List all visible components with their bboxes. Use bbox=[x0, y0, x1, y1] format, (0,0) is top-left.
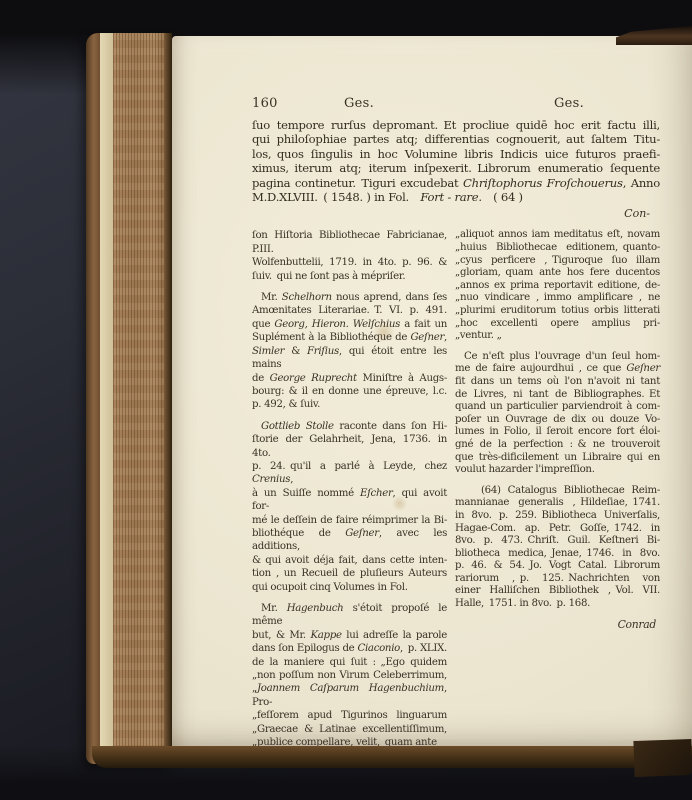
text-line: Hagae-Com. ap. Petr. Goſſe, 1742. in bbox=[455, 523, 660, 536]
text-line: „cyus perficere , Tiguroque ſuo illam bbox=[455, 255, 660, 268]
text-line: Amœnitates Literariae. T. VI. p. 491. bbox=[252, 304, 447, 317]
page-block-seam bbox=[164, 33, 172, 764]
text-line: de Livres, ni tant de Bibliographes. Et bbox=[455, 389, 660, 402]
paragraph-block: Gottlieb Stolle raconte dans ſon Hi-ſtor… bbox=[252, 420, 447, 594]
text-line: poſer un Ouvrage de dix ou douze Vo- bbox=[455, 414, 660, 427]
text-line: bourg: & il en donne une épreuve, l.c. bbox=[252, 385, 447, 398]
text-line: Ce n'eſt plus l'ouvrage d'un ſeul hom- bbox=[455, 351, 660, 364]
main-paragraph: ſuo tempore rurſus depromant. Et procliu… bbox=[252, 118, 660, 204]
text-line: ſtorie der Gelahrheit, Jena, 1736. in 4t… bbox=[252, 433, 447, 460]
left-column: ſon Hiſtoria Bibliothecae Fabricianae, P… bbox=[252, 229, 447, 749]
catchword-bottom: Conrad bbox=[455, 618, 660, 631]
text-line: „Joannem Caſparum Hagenbuchium, Pro- bbox=[252, 682, 447, 709]
endpaper-strip bbox=[100, 33, 113, 764]
text-line: 8vo. p. 473. Chriſt. Guil. Keſtneri Bi- bbox=[455, 535, 660, 548]
text-line: p. 24. qu'il a parlé à Leyde, chez Creni… bbox=[252, 460, 447, 487]
paragraph-block: ſon Hiſtoria Bibliothecae Fabricianae, P… bbox=[252, 229, 447, 283]
running-title-right: Ges. bbox=[554, 96, 584, 111]
text-line: tion , un Recueil de pluſieurs Auteurs bbox=[252, 567, 447, 580]
paragraph-block: Mr. Schelhorn nous aprend, dans ſesAmœni… bbox=[252, 291, 447, 412]
text-line: pagina continetur. Tiguri excudebat Chri… bbox=[252, 176, 660, 190]
paragraph-block: (64) Catalogus Bibliothecae Reim-mannian… bbox=[455, 485, 660, 611]
running-title-left: Ges. bbox=[344, 96, 374, 111]
text-line: bliotheca medica, Jenae, 1746. in 8vo. bbox=[455, 548, 660, 561]
text-line: ſuiv. qui ne ſont pas à mépriſer. bbox=[252, 270, 447, 283]
photo-of-open-book: 160 Ges. Ges. ſuo tempore rurſus deproma… bbox=[0, 0, 692, 800]
text-line: „ventur. „ bbox=[455, 330, 660, 343]
text-line: in 8vo. p. 259. Bibliotheca Univerſalis, bbox=[455, 510, 660, 523]
text-line: que Georg, Hieron. Welſchius a fait un bbox=[252, 318, 447, 331]
paragraph-block: ſuo tempore rurſus depromant. Et procliu… bbox=[252, 118, 660, 204]
running-header: 160 Ges. Ges. bbox=[252, 96, 660, 112]
text-line: „aliquot annos iam meditatus eſt, novam bbox=[455, 229, 660, 242]
text-line: but, & Mr. Kappe lui adreſſe la parole bbox=[252, 629, 447, 642]
page-block-edges bbox=[113, 33, 164, 764]
text-line: & qui avoit déja fait, dans cette inten- bbox=[252, 554, 447, 567]
text-line: mé le deſſein de faire réimprimer la Bi- bbox=[252, 514, 447, 527]
text-line: einer Halliſchen Bibliothek , Vol. VII. bbox=[455, 585, 660, 598]
text-line: (64) Catalogus Bibliothecae Reim- bbox=[455, 485, 660, 498]
text-line: „annos ex prima reportavit editione, de- bbox=[455, 280, 660, 293]
text-line: gné de la perfection : & ne trouveroit bbox=[455, 439, 660, 452]
catchword-top: Con- bbox=[252, 207, 660, 220]
text-line: Mr. Hagenbuch s'étoit propoſé le même bbox=[252, 602, 447, 629]
book-cover-edge bbox=[86, 33, 100, 764]
text-line: qui philoſophiae partes atq; differentia… bbox=[252, 132, 660, 146]
right-column: „aliquot annos iam meditatus eſt, novam„… bbox=[455, 229, 660, 749]
paragraph-block: Mr. Hagenbuch s'étoit propoſé le mêmebut… bbox=[252, 602, 447, 749]
book-page: 160 Ges. Ges. ſuo tempore rurſus deproma… bbox=[172, 36, 692, 748]
text-line: „gloriam, quam ante hos fere ducentos bbox=[455, 267, 660, 280]
text-line: p. 46. & 54. Jo. Vogt Catal. Librorum bbox=[455, 560, 660, 573]
two-column-notes: ſon Hiſtoria Bibliothecae Fabricianae, P… bbox=[252, 229, 660, 749]
text-line: qui ocupoit cinq Volumes in Fol. bbox=[252, 581, 447, 594]
text-line: Wolfenbuttelii, 1719. in 4to. p. 96. & bbox=[252, 256, 447, 269]
text-line: Suplément à la Bibliothéque de Geſner, bbox=[252, 331, 447, 344]
text-line: Halle, 1751. in 8vo. p. 168. bbox=[455, 598, 660, 611]
text-line: bliothéque de Geſner, avec les additions… bbox=[252, 527, 447, 554]
right-column-text: „aliquot annos iam meditatus eſt, novam„… bbox=[455, 229, 660, 610]
text-line: ximus, iterum atq; iterum inſpexerit. Li… bbox=[252, 161, 660, 175]
paragraph-block: „aliquot annos iam meditatus eſt, novam„… bbox=[455, 229, 660, 342]
text-line: „huius Bibliothecae editionem, quanto- bbox=[455, 242, 660, 255]
text-line: ſon Hiſtoria Bibliothecae Fabricianae, P… bbox=[252, 229, 447, 256]
text-line: „plurimi eruditorum totius orbis littera… bbox=[455, 305, 660, 318]
text-line: dans ſon Epilogus de Ciaconio, p. XLIX. bbox=[252, 642, 447, 655]
text-line: que très-dificilement un Libraire qui en bbox=[455, 452, 660, 465]
text-line: de la maniere qui ſuit : „Ego quidem bbox=[252, 656, 447, 669]
paragraph-block: Ce n'eſt plus l'ouvrage d'un ſeul hom-me… bbox=[455, 351, 660, 477]
text-line: M.D.XLVIII. ( 1548. ) in Fol. Fort - rar… bbox=[252, 190, 660, 204]
text-line: voulut hazarder l'impreſſion. bbox=[455, 464, 660, 477]
text-line: „non poſſum non Virum Celeberrimum, bbox=[252, 669, 447, 682]
text-line: Mr. Schelhorn nous aprend, dans ſes bbox=[252, 291, 447, 304]
text-line: „feſſorem apud Tigurinos linguarum bbox=[252, 709, 447, 722]
text-line: Gottlieb Stolle raconte dans ſon Hi- bbox=[252, 420, 447, 433]
text-line: quand un particulier parviendroit à com- bbox=[455, 401, 660, 414]
text-line: lumes in Folio, il ſeroit encore fort él… bbox=[455, 426, 660, 439]
text-line: „hoc excellenti opere amplius pri- bbox=[455, 318, 660, 331]
book-fore-edge bbox=[86, 33, 172, 764]
page-number: 160 bbox=[252, 96, 278, 111]
text-line: „nuo vindicare , immo amplificare , ne bbox=[455, 292, 660, 305]
text-line: de George Ruprecht Miniſtre à Augs- bbox=[252, 372, 447, 385]
text-line: à un Suiſſe nommé Eſcher, qui avoit for- bbox=[252, 487, 447, 514]
book-bottom-edge bbox=[92, 746, 692, 768]
page-content: 160 Ges. Ges. ſuo tempore rurſus deproma… bbox=[252, 96, 660, 749]
text-line: p. 492, & ſuiv. bbox=[252, 398, 447, 411]
text-line: me de faire aujourdhui , ce que Geſner bbox=[455, 363, 660, 376]
text-line: Simler & Friſius, qui étoit entre les ma… bbox=[252, 345, 447, 372]
text-line: mannianae generalis , Hildeſiae, 1741. bbox=[455, 497, 660, 510]
text-line: „Graecae & Latinae excellentiſſimum, bbox=[252, 723, 447, 736]
book-corner-bottom-right bbox=[633, 739, 692, 777]
text-line: ſuo tempore rurſus depromant. Et procliu… bbox=[252, 118, 660, 132]
text-line: fit dans un tems où l'on n'avoit ni tant bbox=[455, 376, 660, 389]
text-line: los, quos ſingulis in hoc Volumine libri… bbox=[252, 147, 660, 161]
text-line: rariorum , p. 125. Nachrichten von bbox=[455, 573, 660, 586]
